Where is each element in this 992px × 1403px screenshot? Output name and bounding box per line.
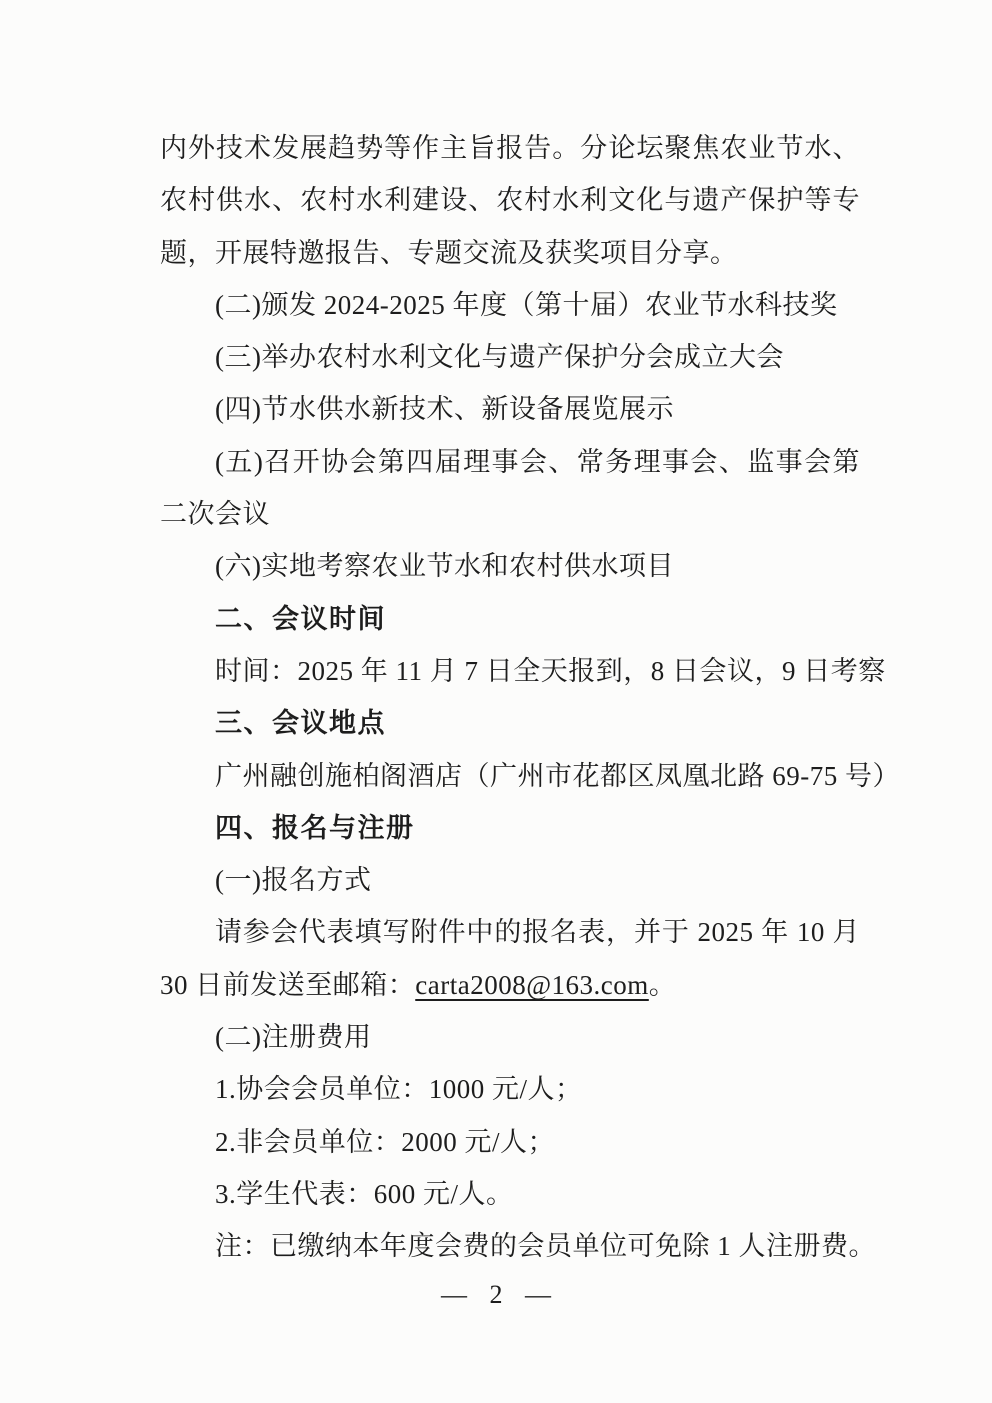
meeting-location-detail: 广州融创施柏阁酒店（广州市花都区凤凰北路 69-75 号） [160,750,860,802]
intro-paragraph: 内外技术发展趋势等作主旨报告。分论坛聚焦农业节水、农村供水、农村水利建设、农村水… [160,122,860,279]
section-heading-meeting-location: 三、会议地点 [160,697,860,749]
section-heading-registration: 四、报名与注册 [160,802,860,854]
registration-method-title: (一)报名方式 [160,854,860,906]
page-number: — 2 — [0,1280,992,1310]
section-heading-meeting-time: 二、会议时间 [160,593,860,645]
program-item-4: (四)节水供水新技术、新设备展览展示 [160,383,860,435]
registration-note: 注：已缴纳本年度会费的会员单位可免除 1 人注册费。 [160,1220,860,1272]
meeting-time-detail: 时间：2025 年 11 月 7 日全天报到，8 日会议，9 日考察 [160,645,860,697]
registration-method-paragraph: 请参会代表填写附件中的报名表，并于 2025 年 10 月 30 日前发送至邮箱… [160,906,860,1011]
registration-method-text-after: 。 [649,970,677,1000]
email-link[interactable]: carta2008@163.com [415,970,649,1000]
fee-item-member-unit: 1.协会会员单位：1000 元/人； [160,1063,860,1115]
program-item-2: (二)颁发 2024-2025 年度（第十届）农业节水科技奖 [160,279,860,331]
fee-item-nonmember-unit: 2.非会员单位：2000 元/人； [160,1116,860,1168]
program-item-6: (六)实地考察农业节水和农村供水项目 [160,540,860,592]
fee-item-student: 3.学生代表：600 元/人。 [160,1168,860,1220]
program-item-5: (五)召开协会第四届理事会、常务理事会、监事会第二次会议 [160,436,860,541]
document-body: 内外技术发展趋势等作主旨报告。分论坛聚焦农业节水、农村供水、农村水利建设、农村水… [160,122,860,1273]
registration-fee-title: (二)注册费用 [160,1011,860,1063]
program-item-3: (三)举办农村水利文化与遗产保护分会成立大会 [160,331,860,383]
